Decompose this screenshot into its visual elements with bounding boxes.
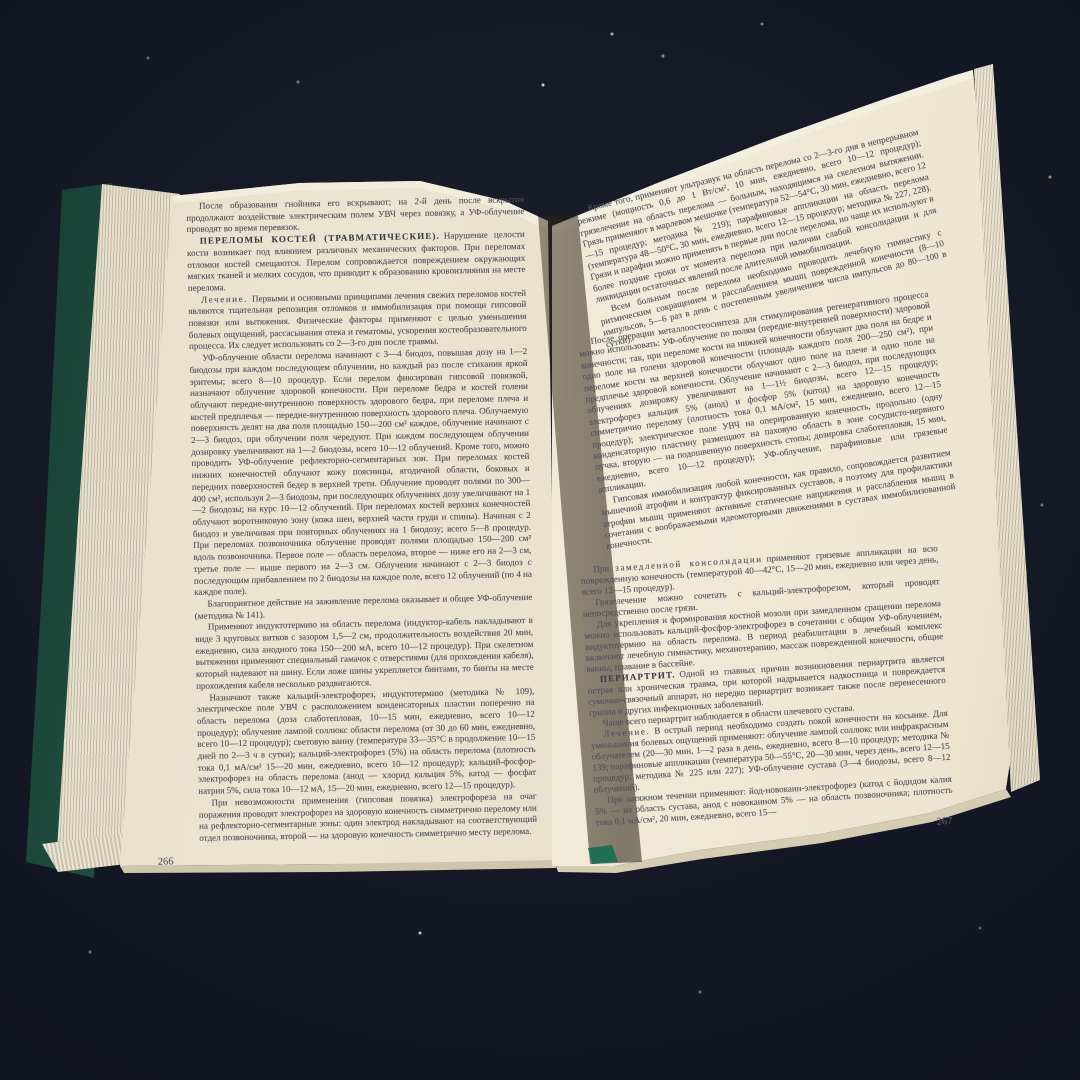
paragraph: УФ-облучение области перелома начинают с… (189, 346, 532, 599)
paragraph: При невозможности применения (гипсовая п… (198, 791, 537, 845)
right-page-text-bottom: При замедленной консолидацииприменяют гр… (580, 543, 955, 848)
paragraph: ПЕРЕЛОМЫ КОСТЕЙ (ТРАВМАТИЧЕСКИЕ).Нарушен… (187, 229, 526, 295)
paragraph-text: При (593, 563, 609, 574)
book-photo: После образования гнойника его вскрывают… (0, 0, 1080, 1080)
paragraph: Применяют индуктотермию на область перел… (195, 615, 534, 692)
left-page-text: После образования гнойника его вскрывают… (186, 194, 538, 867)
paragraph: Лечение.Первыми и основными принципами л… (188, 288, 527, 354)
paragraph: Назначают также кальций-электрофорез, ин… (196, 685, 536, 797)
treatment-label: Лечение. (201, 293, 248, 304)
